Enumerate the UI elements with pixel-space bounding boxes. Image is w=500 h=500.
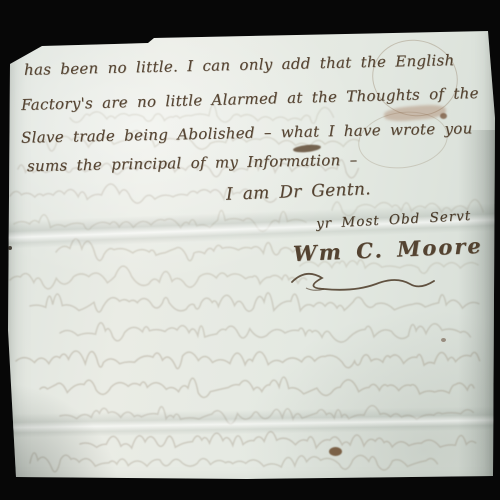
handwriting-line-3: Slave trade being Abolished – what I hav… (21, 119, 473, 146)
letter-valediction: yr Most Obd Servt (316, 208, 472, 232)
handwriting-line-4: sums the principal of my Information – (27, 151, 358, 175)
fold-crease-lower (0, 406, 500, 438)
signature: Wm C. Moore (293, 233, 484, 266)
postal-stamp-impression-upper (365, 32, 465, 124)
ink-speck (8, 246, 12, 250)
letter-paper: has been no little. I can only add that … (0, 0, 500, 500)
handwriting-line-2: Factory's are no little Alarmed at the T… (21, 84, 479, 114)
ink-smudge (440, 113, 447, 119)
signature-flourish (280, 264, 440, 296)
bottom-left-shadow (0, 382, 120, 492)
letter-closing: I am Dr Gentn. (226, 179, 372, 205)
postal-stamp-impression-lower (355, 106, 452, 174)
letter-photograph: has been no little. I can only add that … (0, 0, 500, 500)
handwriting-line-1: has been no little. I can only add that … (24, 51, 455, 79)
right-fold-shadow (458, 130, 500, 490)
ink-smudge (329, 447, 342, 456)
ink-speck (441, 338, 446, 342)
